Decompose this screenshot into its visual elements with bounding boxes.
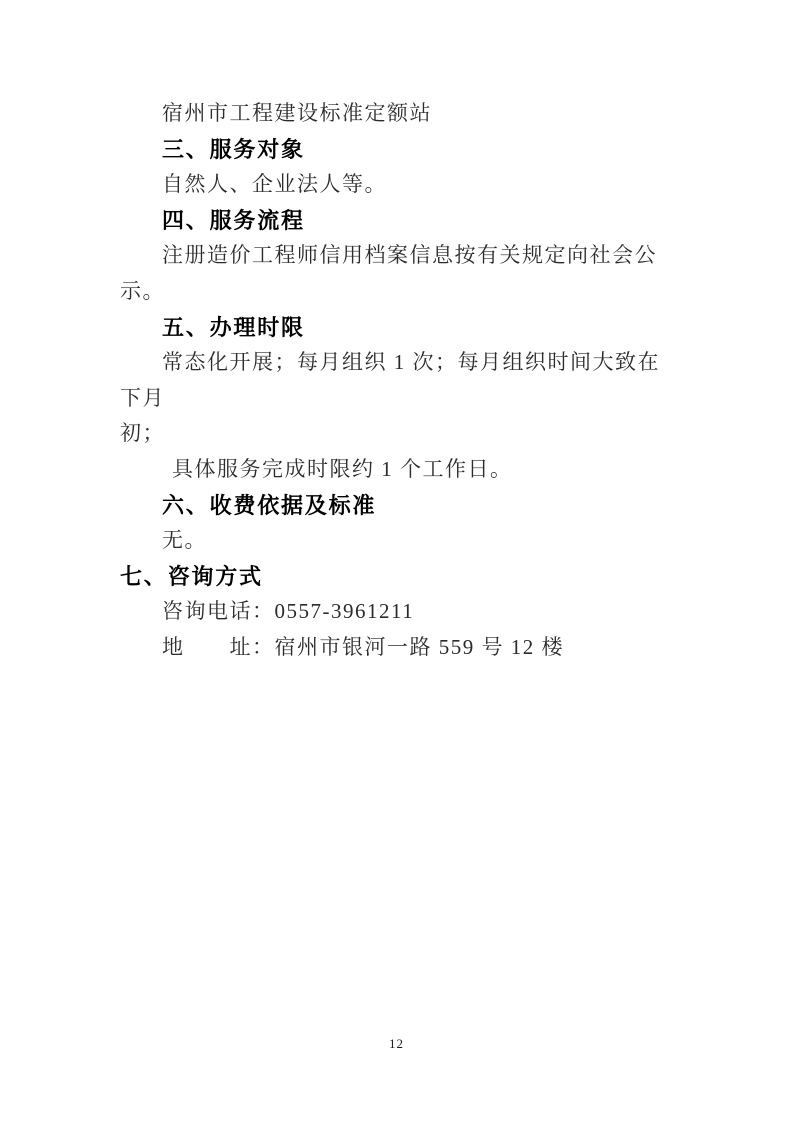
- paragraph-completion-time: 具体服务完成时限约 1 个工作日。: [120, 452, 676, 488]
- paragraph-contact-address: 地 址：宿州市银河一路 559 号 12 楼: [120, 630, 676, 666]
- section-heading-5-time-limit: 五、办理时限: [120, 310, 676, 346]
- section-heading-6-fee-basis: 六、收费依据及标准: [120, 488, 676, 524]
- paragraph-service-target: 自然人、企业法人等。: [120, 167, 676, 203]
- document-body: 宿州市工程建设标准定额站 三、服务对象 自然人、企业法人等。 四、服务流程 注册…: [120, 96, 676, 666]
- paragraph-contact-phone: 咨询电话：0557-3961211: [120, 594, 676, 630]
- page-number: 12: [0, 1036, 793, 1052]
- paragraph-fee-none: 无。: [120, 523, 676, 559]
- section-heading-4-service-process: 四、服务流程: [120, 203, 676, 239]
- paragraph-organization: 宿州市工程建设标准定额站: [120, 96, 676, 132]
- paragraph-time-limit-line2: 初；: [120, 416, 676, 452]
- section-heading-3-service-target: 三、服务对象: [120, 132, 676, 168]
- section-heading-7-contact: 七、咨询方式: [120, 559, 676, 595]
- paragraph-time-limit-line1: 常态化开展；每月组织 1 次；每月组织时间大致在下月: [120, 345, 676, 416]
- document-page: 宿州市工程建设标准定额站 三、服务对象 自然人、企业法人等。 四、服务流程 注册…: [0, 0, 793, 1122]
- paragraph-service-process: 注册造价工程师信用档案信息按有关规定向社会公示。: [120, 238, 676, 309]
